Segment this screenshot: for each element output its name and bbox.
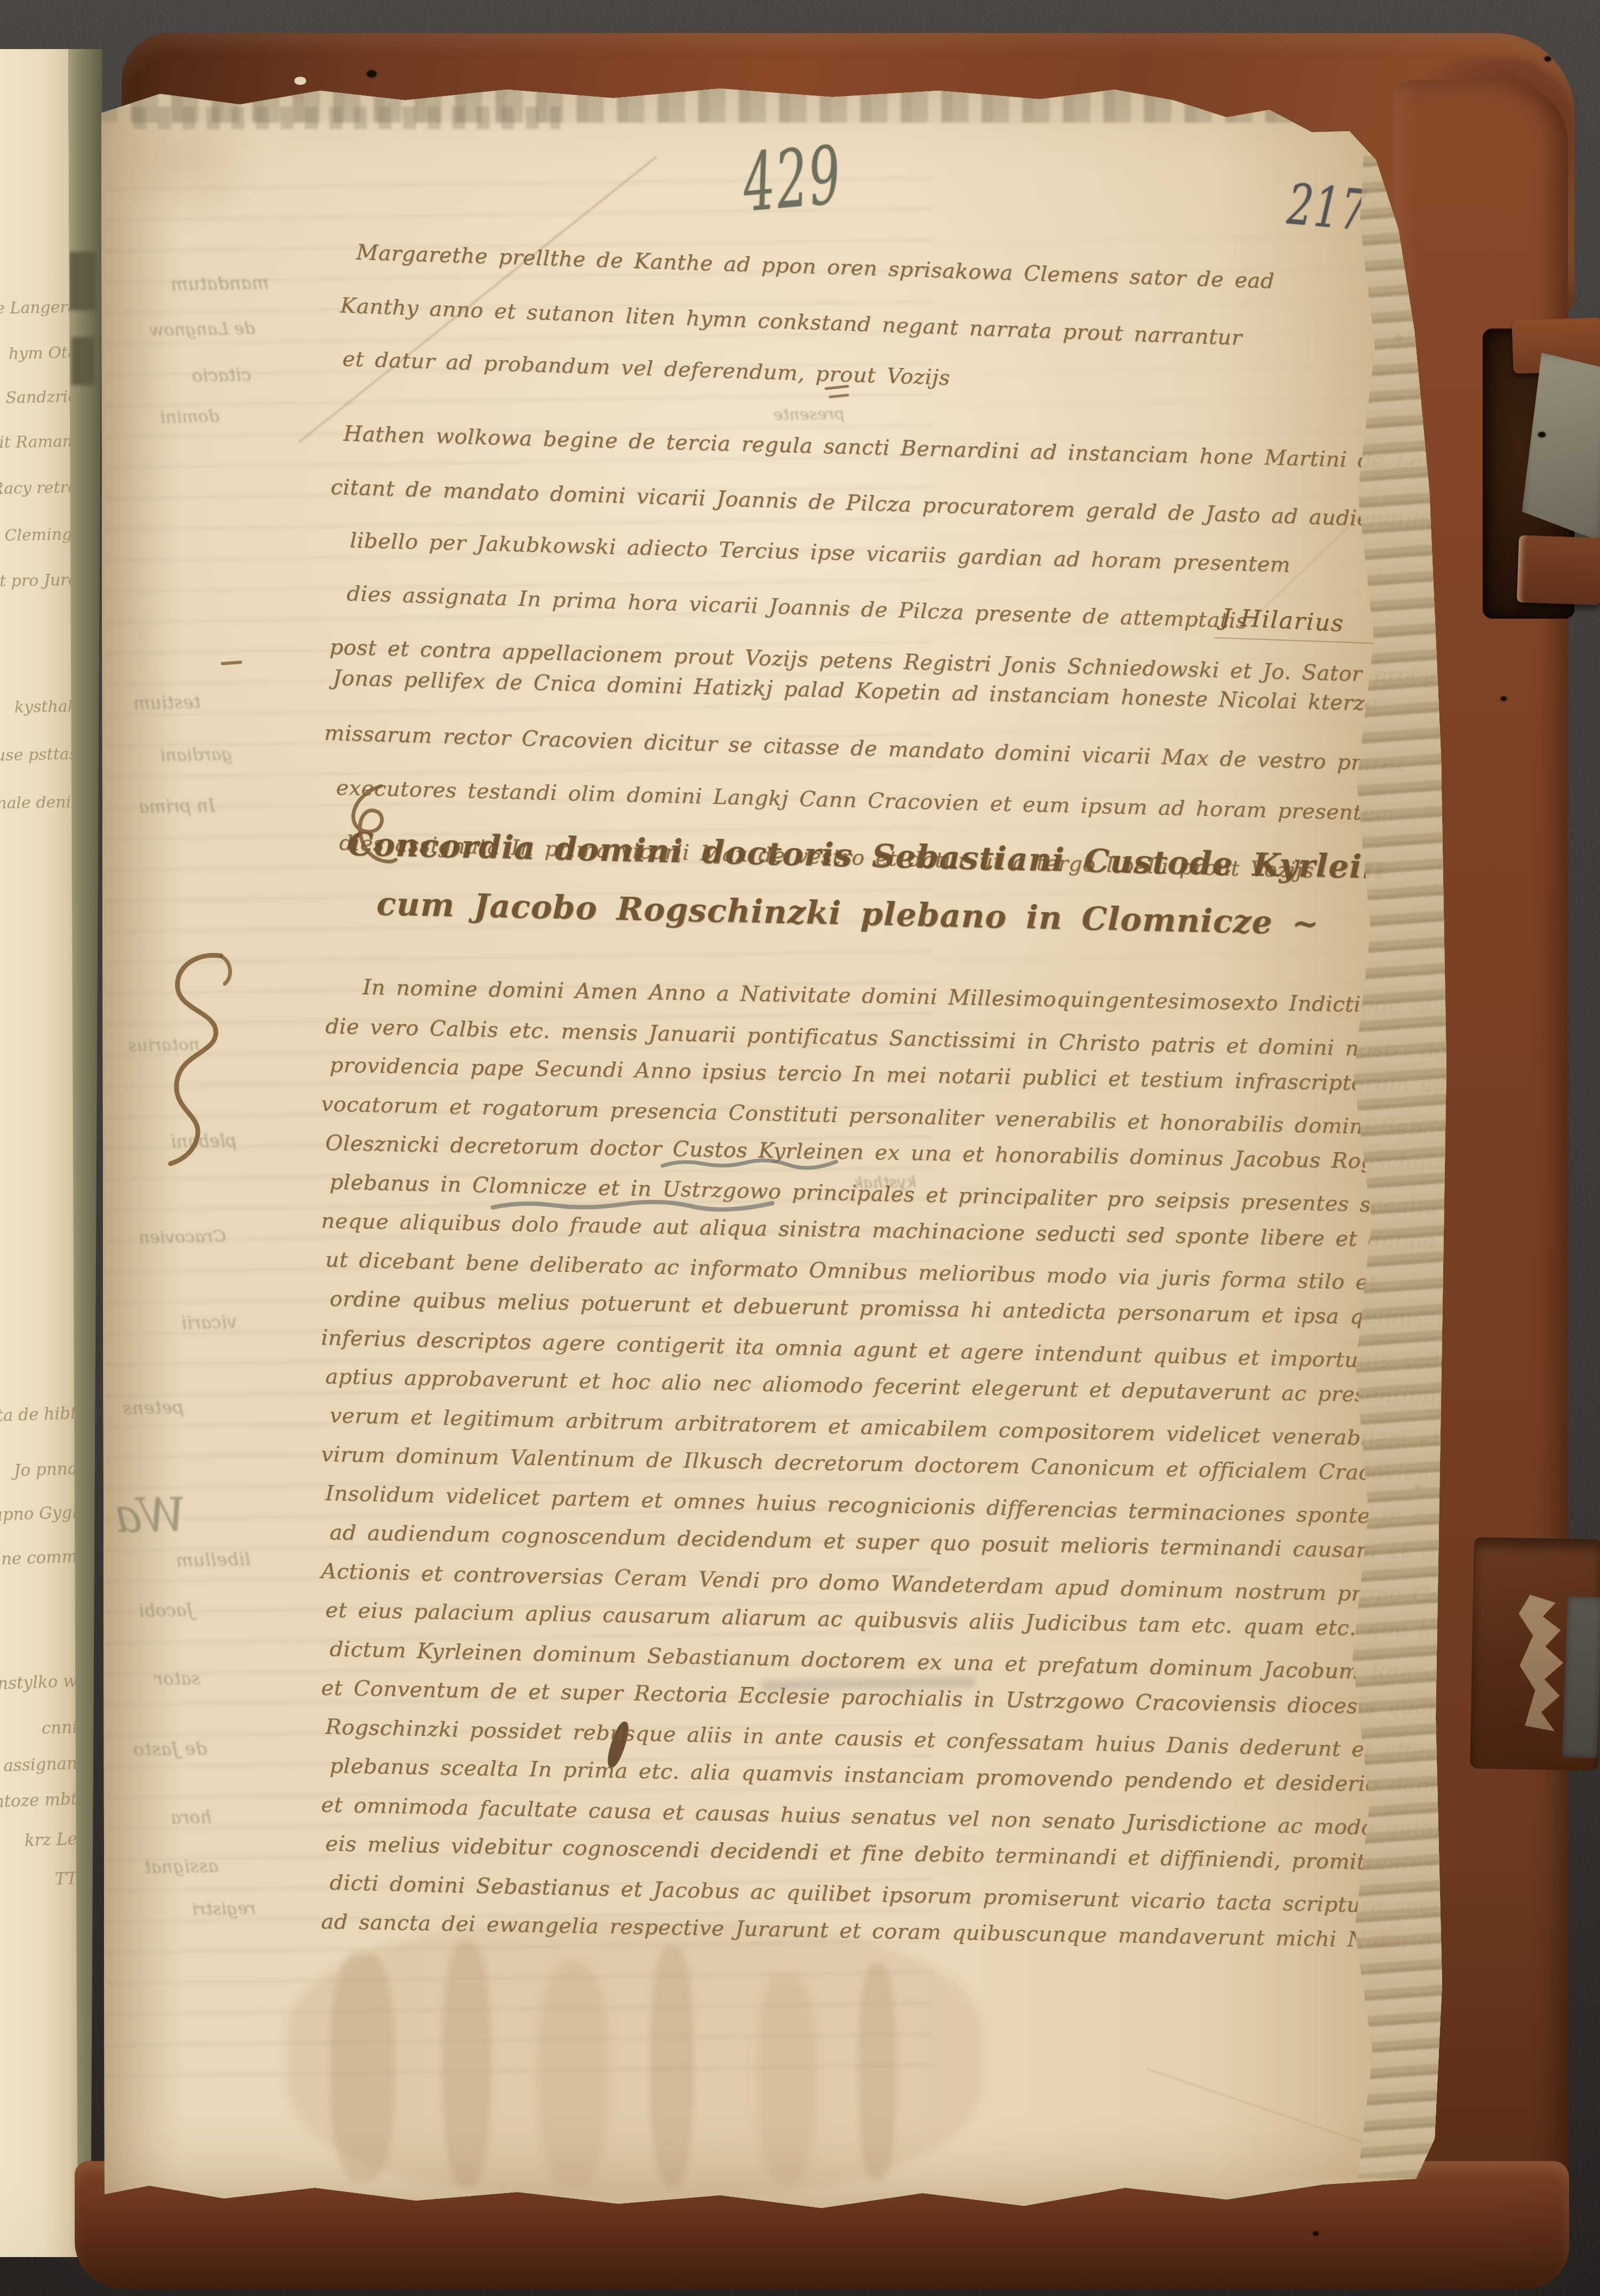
manuscript-photo: de Langerahym Otade Sandzriodedit RamamR… <box>0 0 1600 2296</box>
photo-vignette <box>0 0 1600 2296</box>
